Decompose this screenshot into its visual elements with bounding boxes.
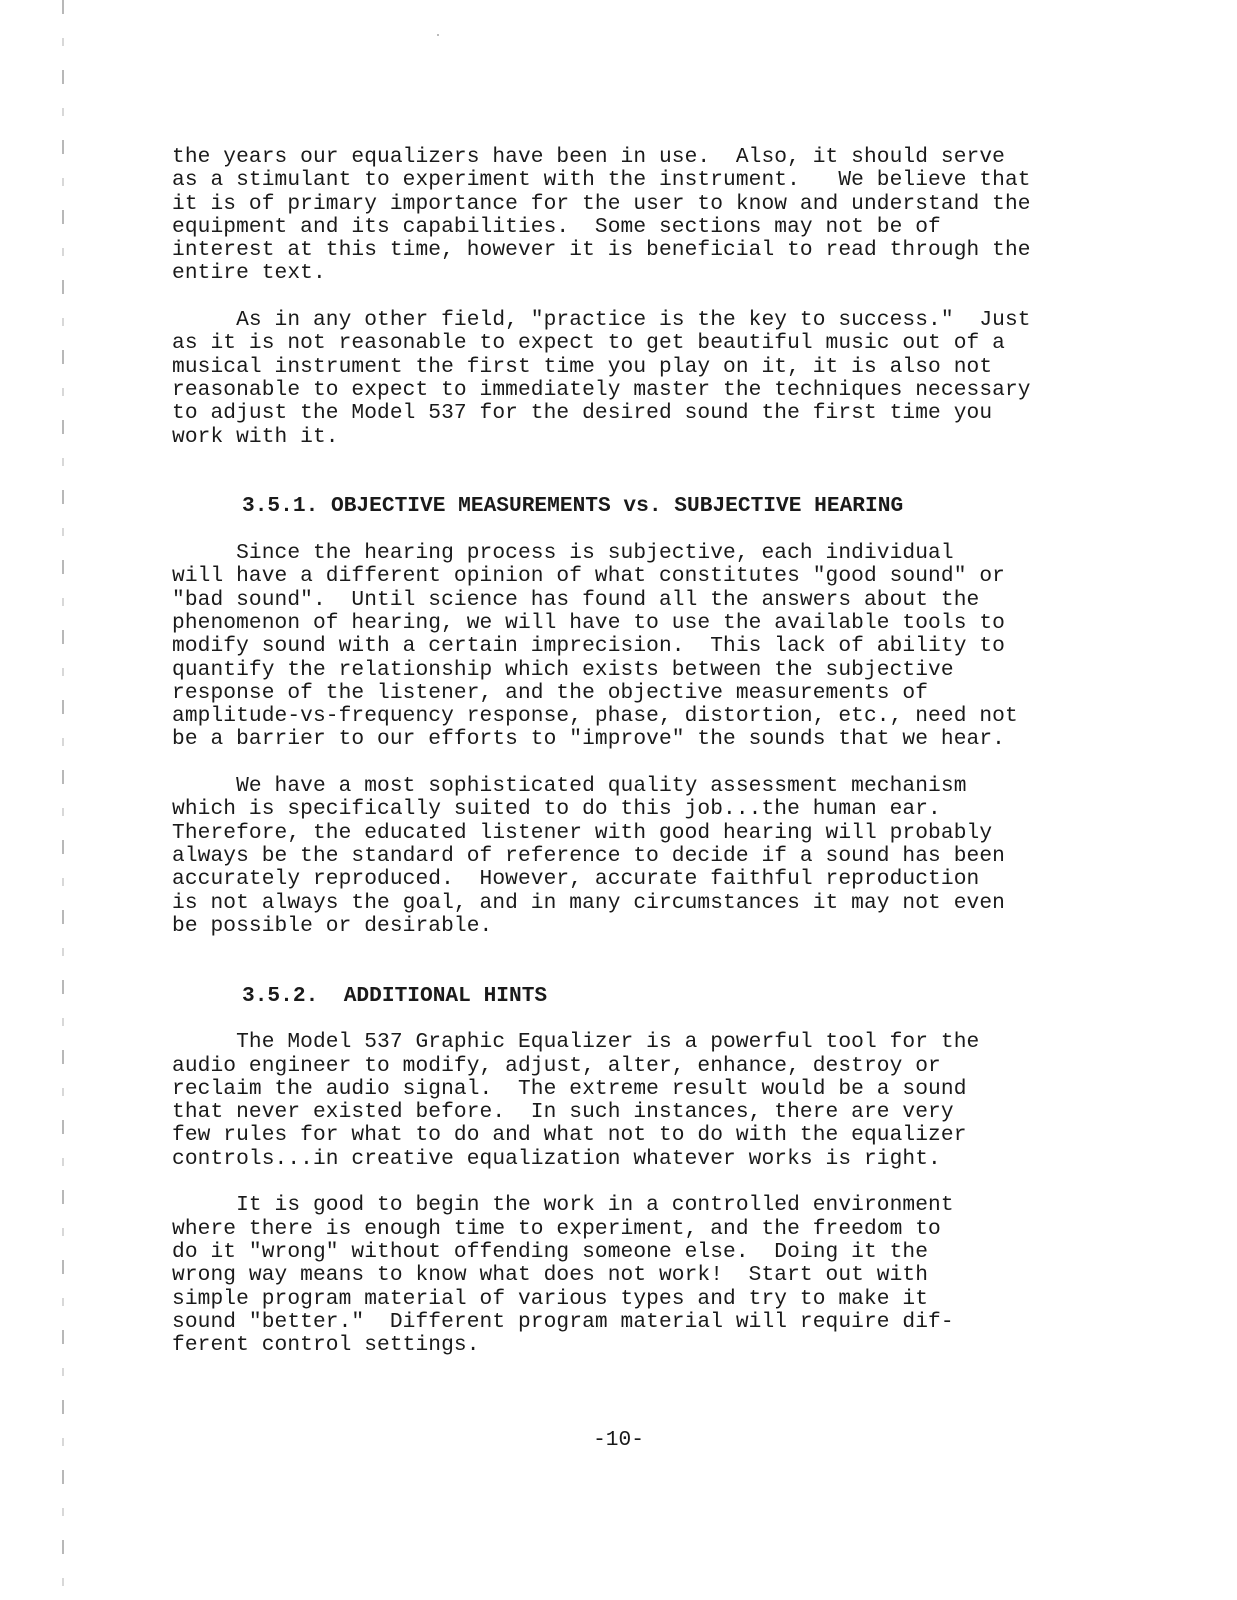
scan-speck — [437, 34, 439, 36]
intro-paragraph-2: As in any other field, "practice is the … — [172, 309, 1132, 449]
section-3-5-1-paragraph-1: Since the hearing process is subjective,… — [172, 542, 1132, 752]
section-3-5-2-paragraph-2: It is good to begin the work in a contro… — [172, 1194, 1132, 1357]
intro-paragraph-1: the years our equalizers have been in us… — [172, 146, 1132, 286]
section-heading-3-5-1: 3.5.1. OBJECTIVE MEASUREMENTS vs. SUBJEC… — [172, 495, 1132, 518]
section-heading-3-5-2: 3.5.2. ADDITIONAL HINTS — [172, 985, 1132, 1008]
document-page: the years our equalizers have been in us… — [172, 146, 1132, 1357]
section-3-5-2-paragraph-1: The Model 537 Graphic Equalizer is a pow… — [172, 1031, 1132, 1171]
page-number: -10- — [0, 1429, 1237, 1452]
section-3-5-1-paragraph-2: We have a most sophisticated quality ass… — [172, 775, 1132, 938]
scan-binding-edge — [62, 0, 64, 1600]
